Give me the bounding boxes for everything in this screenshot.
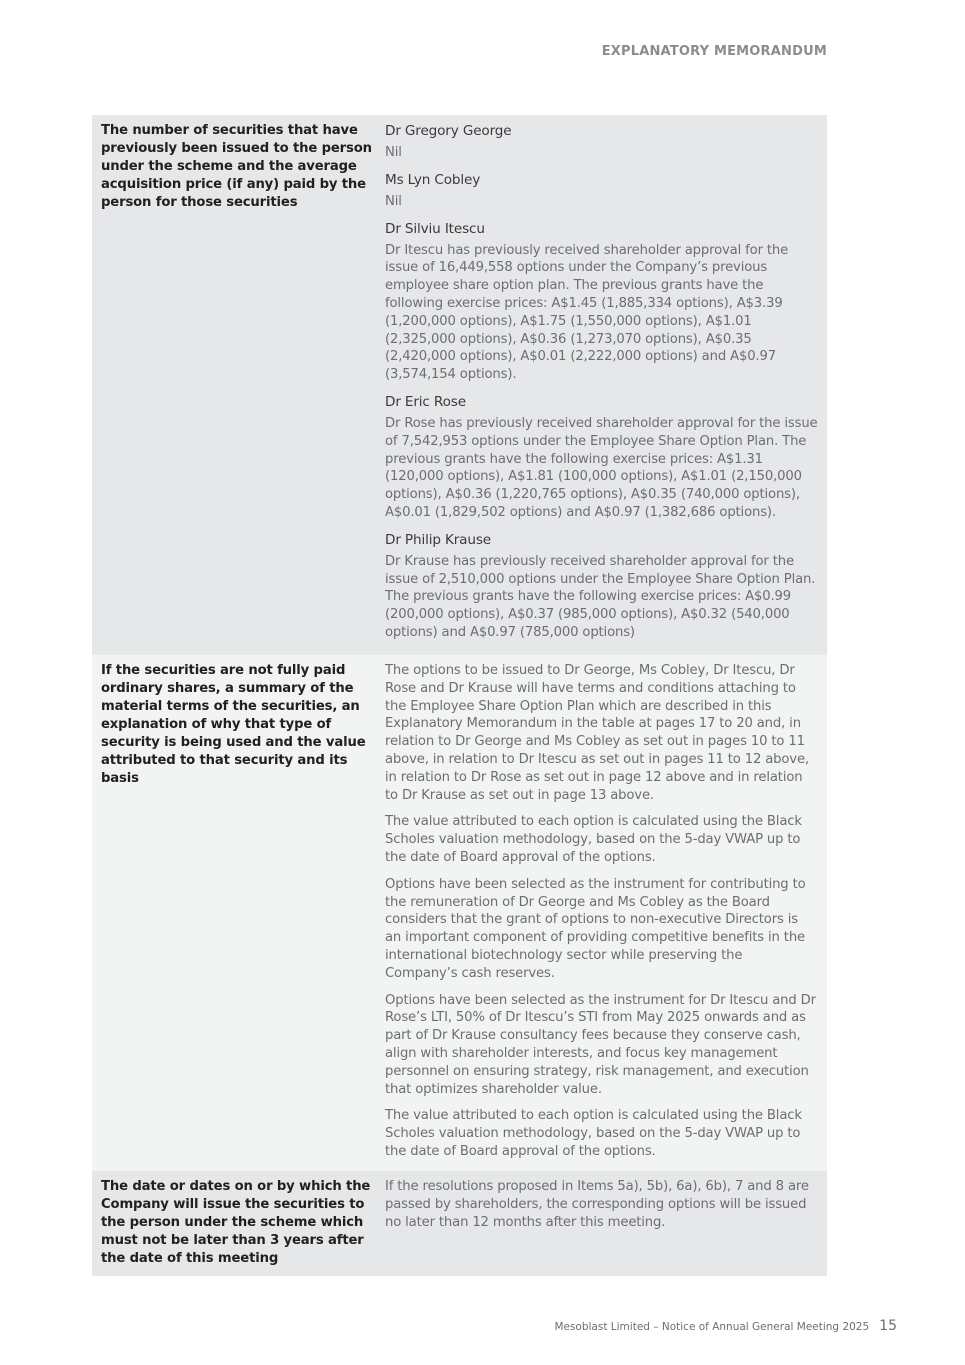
row-label: If the securities are not fully paid ord… bbox=[92, 655, 376, 1171]
row-content: The options to be issued to Dr George, M… bbox=[376, 655, 827, 1171]
row-label: The number of securities that have previ… bbox=[92, 115, 376, 655]
table-row-previous-securities: The number of securities that have previ… bbox=[92, 115, 827, 655]
footer-text: Mesoblast Limited – Notice of Annual Gen… bbox=[554, 1321, 869, 1333]
table-row-material-terms: If the securities are not fully paid ord… bbox=[92, 655, 827, 1171]
person-detail: Dr Itescu has previously received shareh… bbox=[385, 242, 818, 384]
section-header: EXPLANATORY MEMORANDUM bbox=[602, 44, 827, 59]
page-footer: Mesoblast Limited – Notice of Annual Gen… bbox=[554, 1318, 897, 1334]
person-detail: Dr Krause has previously received shareh… bbox=[385, 553, 818, 642]
paragraph: Options have been selected as the instru… bbox=[385, 876, 818, 983]
person-name: Ms Lyn Cobley bbox=[385, 171, 818, 189]
table-row-issue-date: The date or dates on or by which the Com… bbox=[92, 1171, 827, 1276]
row-content: If the resolutions proposed in Items 5a)… bbox=[376, 1171, 827, 1276]
paragraph: The value attributed to each option is c… bbox=[385, 1107, 818, 1160]
person-detail: Dr Rose has previously received sharehol… bbox=[385, 415, 818, 522]
paragraph: The value attributed to each option is c… bbox=[385, 813, 818, 866]
person-name: Dr Gregory George bbox=[385, 122, 818, 140]
paragraph: If the resolutions proposed in Items 5a)… bbox=[385, 1178, 818, 1231]
row-content: Dr Gregory George Nil Ms Lyn Cobley Nil … bbox=[376, 115, 827, 655]
person-name: Dr Silviu Itescu bbox=[385, 220, 818, 238]
person-detail: Nil bbox=[385, 144, 818, 162]
page-number: 15 bbox=[879, 1318, 897, 1334]
person-name: Dr Philip Krause bbox=[385, 531, 818, 549]
person-detail: Nil bbox=[385, 193, 818, 211]
paragraph: The options to be issued to Dr George, M… bbox=[385, 662, 818, 804]
person-name: Dr Eric Rose bbox=[385, 393, 818, 411]
paragraph: Options have been selected as the instru… bbox=[385, 992, 818, 1099]
row-label: The date or dates on or by which the Com… bbox=[92, 1171, 376, 1276]
disclosure-table: The number of securities that have previ… bbox=[92, 115, 827, 1276]
